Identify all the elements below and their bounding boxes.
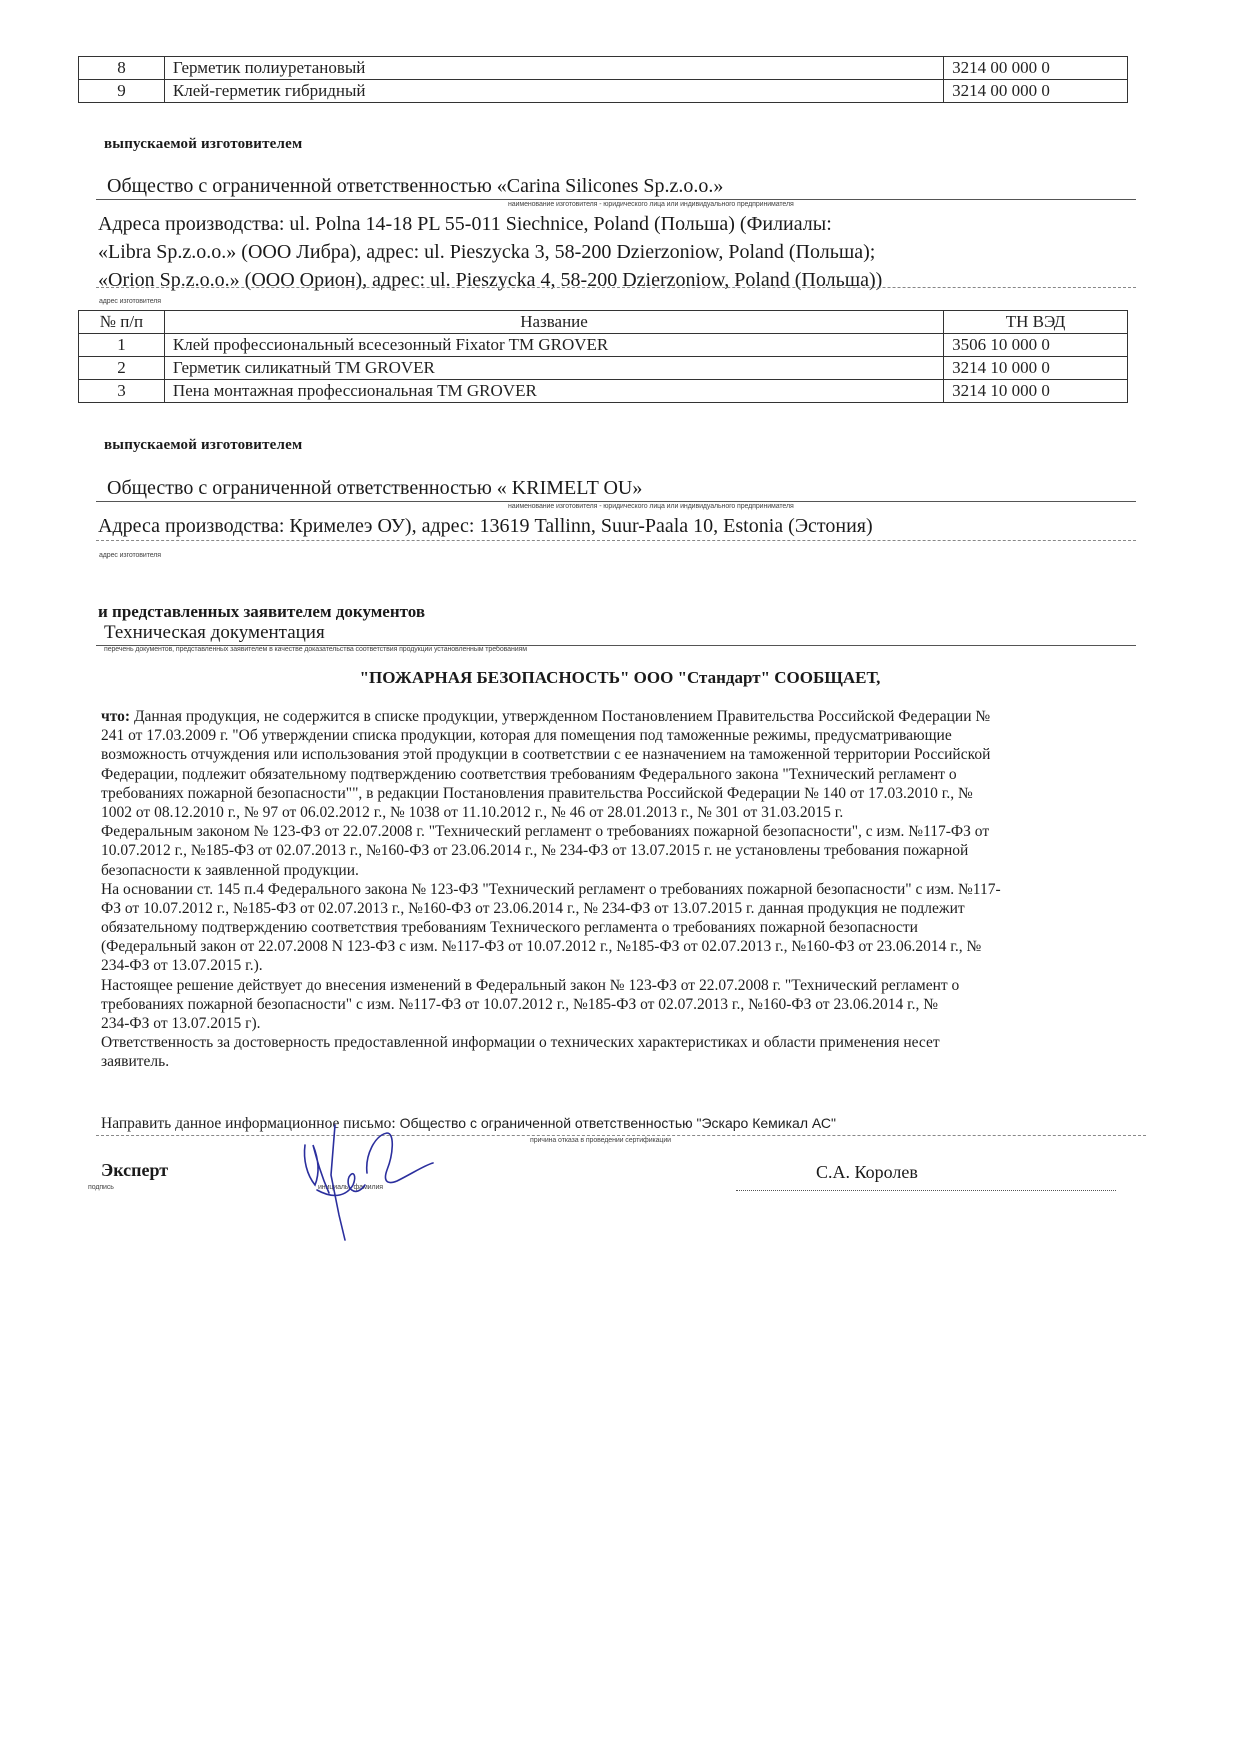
product-name: Клей-герметик гибридный [164,80,943,103]
statement-lead: что: [101,708,130,725]
manufacturer-underline-2 [96,501,1136,502]
statement-line: Настоящее решение действует до внесения … [101,976,1171,995]
tnved-code: 3214 10 000 0 [944,357,1128,380]
column-header-name: Название [164,311,943,334]
manufacturer-label: выпускаемой изготовителем [104,136,302,153]
row-number: 3 [79,380,165,403]
send-to-caption: причина отказа в проведении сертификации [530,1137,671,1144]
manufacturer-address: Адреса производства: ul. Polna 14-18 PL … [98,210,882,294]
table-row: 3 Пена монтажная профессиональная TM GRO… [79,380,1128,403]
row-number: 2 [79,357,165,380]
statement-line: (Федеральный закон от 22.07.2008 N 123-Ф… [101,937,1171,956]
statement-line: ФЗ от 10.07.2012 г., №185-ФЗ от 02.07.20… [101,899,1171,918]
statement-line: заявитель. [101,1052,1171,1071]
manufacturer-name: Общество с ограниченной ответственностью… [107,175,723,198]
documents-caption: перечень документов, представленных заяв… [104,646,527,653]
address-line: «Libra Sp.z.o.o.» (ООО Либра), адрес: ul… [98,238,882,266]
table-top-continuation: 8 Герметик полиуретановый 3214 00 000 0 … [78,56,1128,103]
statement-body: что: Данная продукция, не содержится в с… [101,707,1171,1072]
manufacturer-address-2: Адреса производства: Кримелеэ ОУ), адрес… [98,515,873,538]
tnved-code: 3506 10 000 0 [944,334,1128,357]
expert-name: С.А. Королев [816,1162,918,1183]
product-table: № п/п Название ТН ВЭД 1 Клей профессиона… [78,310,1128,403]
statement-line: обязательному подтверждению соответствия… [101,918,1171,937]
manufacturer-caption-2: наименование изготовителя - юридического… [508,503,794,510]
documents-value: Техническая документация [104,622,325,644]
tnved-code: 3214 00 000 0 [944,80,1128,103]
table-row: 8 Герметик полиуретановый 3214 00 000 0 [79,57,1128,80]
statement-line: 234-ФЗ от 13.07.2015 г.). [101,956,1171,975]
manufacturer-name-2: Общество с ограниченной ответственностью… [107,477,642,500]
product-name: Клей профессиональный всесезонный Fixato… [164,334,943,357]
manufacturer-label-2: выпускаемой изготовителем [104,437,302,454]
statement-line: 1002 от 08.12.2010 г., № 97 от 06.02.201… [101,803,1171,822]
tnved-code: 3214 10 000 0 [944,380,1128,403]
product-name: Пена монтажная профессиональная TM GROVE… [164,380,943,403]
table-row: 9 Клей-герметик гибридный 3214 00 000 0 [79,80,1128,103]
column-header-code: ТН ВЭД [944,311,1128,334]
row-number: 1 [79,334,165,357]
row-number: 9 [79,80,165,103]
address-caption: адрес изготовителя [99,298,161,305]
address-underline-2 [96,540,1136,541]
statement-line: требованиях пожарной безопасности"", в р… [101,784,1171,803]
statement-line: 10.07.2012 г., №185-ФЗ от 02.07.2013 г.,… [101,841,1171,860]
statement-line: Федеральным законом № 123-ФЗ от 22.07.20… [101,822,1171,841]
address-line: «Orion Sp.z.o.o.» (ООО Орион), адрес: ul… [98,266,882,294]
table-header-row: № п/п Название ТН ВЭД [79,311,1128,334]
expert-label: Эксперт [101,1160,168,1181]
expert-name-underline [736,1190,1116,1191]
product-name: Герметик полиуретановый [164,57,943,80]
table-row: 2 Герметик силикатный TM GROVER 3214 10 … [79,357,1128,380]
statement-title: "ПОЖАРНАЯ БЕЗОПАСНОСТЬ" ООО "Стандарт" С… [0,668,1240,688]
statement-line: возможность отчуждения или использования… [101,745,1171,764]
statement-line: 234-ФЗ от 13.07.2015 г). [101,1014,1171,1033]
product-name: Герметик силикатный TM GROVER [164,357,943,380]
handwritten-signature-icon [295,1115,495,1255]
statement-line: безопасности к заявленной продукции. [101,861,1171,880]
row-number: 8 [79,57,165,80]
statement-line: На основании ст. 145 п.4 Федерального за… [101,880,1171,899]
statement-line: Данная продукция, не содержится в списке… [130,708,990,725]
statement-line: Ответственность за достоверность предост… [101,1033,1171,1052]
documents-label: и представленных заявителем документов [98,602,425,622]
address-underline [96,287,1136,288]
address-caption-2: адрес изготовителя [99,552,161,559]
manufacturer-caption: наименование изготовителя - юридического… [508,201,794,208]
statement-line: Федерации, подлежит обязательному подтве… [101,765,1171,784]
column-header-number: № п/п [79,311,165,334]
manufacturer-underline [96,199,1136,200]
signature-caption: подпись [88,1184,114,1191]
table-row: 1 Клей профессиональный всесезонный Fixa… [79,334,1128,357]
address-line: Адреса производства: ul. Polna 14-18 PL … [98,210,882,238]
send-to-underline [96,1135,1146,1136]
statement-line: 241 от 17.03.2009 г. "Об утверждении спи… [101,726,1171,745]
statement-line: требованиях пожарной безопасности" с изм… [101,995,1171,1014]
tnved-code: 3214 00 000 0 [944,57,1128,80]
